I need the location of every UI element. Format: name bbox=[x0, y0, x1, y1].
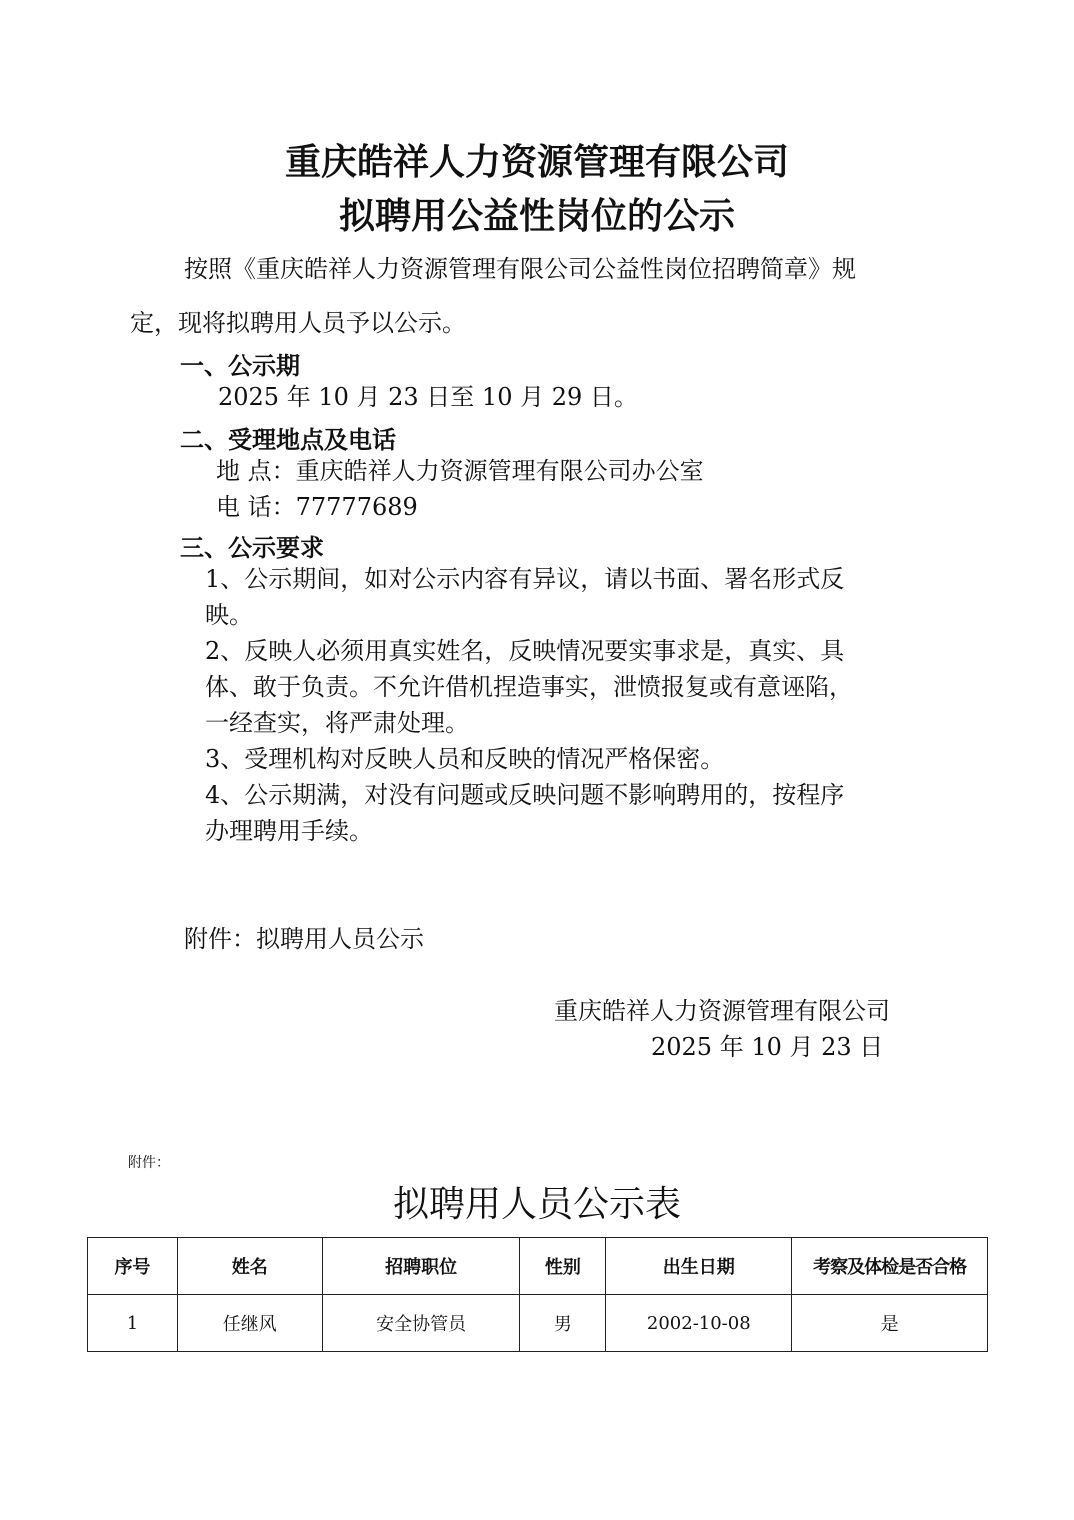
table-row: 1 任继风 安全协管员 男 2002-10-08 是 bbox=[88, 1295, 988, 1352]
section-heading-contact: 二、受理地点及电话 bbox=[180, 420, 396, 455]
contact-location: 地 点：重庆皓祥人力资源管理有限公司办公室 bbox=[216, 456, 704, 486]
column-header-qualified: 考察及体检是否合格 bbox=[792, 1238, 988, 1295]
requirement-line: 一经查实，将严肃处理。 bbox=[205, 708, 469, 738]
cell-qualified: 是 bbox=[792, 1295, 988, 1352]
cell-position: 安全协管员 bbox=[322, 1295, 520, 1352]
column-header-name: 姓名 bbox=[177, 1238, 322, 1295]
intro-paragraph-line-2: 定，现将拟聘用人员予以公示。 bbox=[130, 308, 466, 338]
intro-paragraph-line-1: 按照《重庆皓祥人力资源管理有限公司公益性岗位招聘简章》规 bbox=[184, 254, 856, 284]
document-title-line-2: 拟聘用公益性岗位的公示 bbox=[0, 188, 1074, 239]
requirement-line: 1、公示期间，如对公示内容有异议，请以书面、署名形式反 bbox=[205, 564, 844, 594]
requirement-line: 体、敢于负责。不允许借机捏造事实，泄愤报复或有意诬陷， bbox=[205, 672, 853, 702]
contact-phone: 电 话：77777689 bbox=[216, 492, 418, 522]
cell-index: 1 bbox=[88, 1295, 178, 1352]
column-header-index: 序号 bbox=[88, 1238, 178, 1295]
cell-name: 任继风 bbox=[177, 1295, 322, 1352]
requirement-line: 办理聘用手续。 bbox=[205, 816, 373, 846]
requirement-line: 映。 bbox=[205, 600, 253, 630]
signature-organization: 重庆皓祥人力资源管理有限公司 bbox=[554, 996, 890, 1026]
requirement-line: 4、公示期满，对没有问题或反映问题不影响聘用的，按程序 bbox=[205, 780, 844, 810]
column-header-position: 招聘职位 bbox=[322, 1238, 520, 1295]
signature-date: 2025 年 10 月 23 日 bbox=[651, 1032, 883, 1062]
period-dates: 2025 年 10 月 23 日至 10 月 29 日。 bbox=[218, 382, 638, 412]
table-header-row: 序号 姓名 招聘职位 性别 出生日期 考察及体检是否合格 bbox=[88, 1238, 988, 1295]
column-header-birthdate: 出生日期 bbox=[606, 1238, 792, 1295]
column-header-gender: 性别 bbox=[520, 1238, 606, 1295]
section-heading-period: 一、公示期 bbox=[180, 346, 300, 381]
attachment-label: 附件： bbox=[128, 1152, 170, 1172]
section-heading-requirements: 三、公示要求 bbox=[180, 528, 324, 563]
requirement-line: 3、受理机构对反映人员和反映的情况严格保密。 bbox=[205, 744, 724, 774]
cell-gender: 男 bbox=[520, 1295, 606, 1352]
document-title-line-1: 重庆皓祥人力资源管理有限公司 bbox=[0, 134, 1074, 185]
attachment-table-title: 拟聘用人员公示表 bbox=[0, 1176, 1074, 1227]
cell-birthdate: 2002-10-08 bbox=[606, 1295, 792, 1352]
requirement-line: 2、反映人必须用真实姓名，反映情况要实事求是，真实、具 bbox=[205, 636, 844, 666]
hire-roster-table: 序号 姓名 招聘职位 性别 出生日期 考察及体检是否合格 1 任继风 安全协管员… bbox=[87, 1237, 988, 1352]
attachment-note: 附件：拟聘用人员公示 bbox=[184, 924, 424, 954]
